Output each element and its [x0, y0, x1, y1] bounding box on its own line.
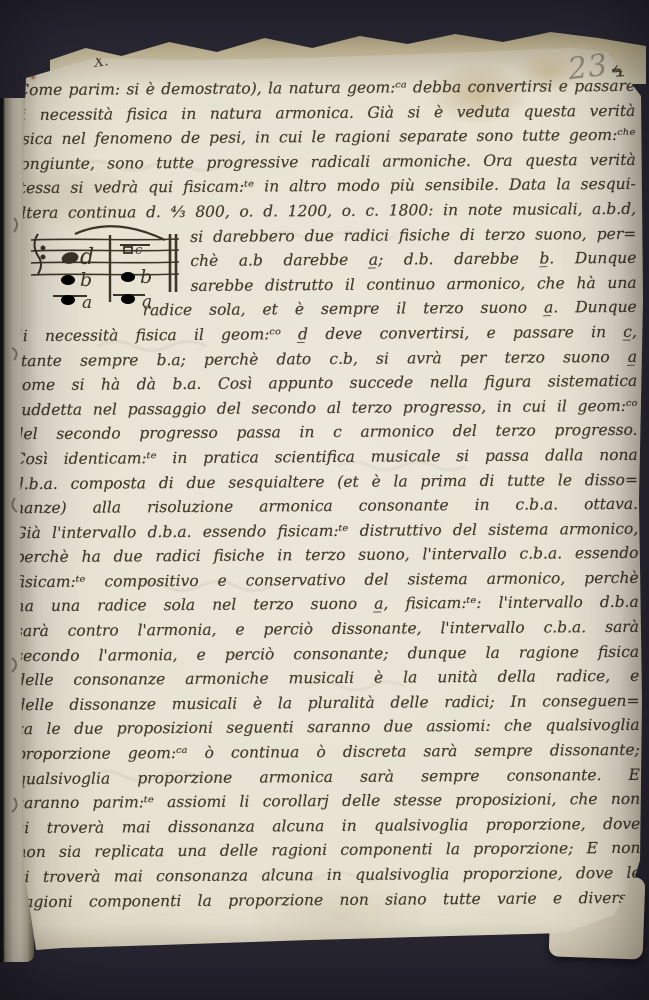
note-a-whole — [121, 294, 135, 304]
manuscript-line: di necessità fisica il geom:ᶜᵒ d̲ deve c… — [13, 320, 637, 349]
manuscript-line: radice sola, et è sempre il terzo suono … — [143, 295, 637, 323]
note-letter: c — [135, 243, 143, 258]
manuscript-line: si troverà mai consonanza alcuna in qual… — [17, 861, 641, 890]
manuscript-line: sarebbe distrutto il continuo armonico, … — [190, 271, 636, 299]
note-a-whole — [61, 295, 75, 305]
chord-2: c b a — [113, 243, 152, 312]
note-letter: a — [142, 292, 152, 312]
manuscript-page: X. 23 44 .. (Come parim: si è demostrato… — [8, 46, 646, 958]
slur — [75, 226, 165, 240]
music-staff — [31, 226, 179, 302]
note-b-whole — [61, 275, 75, 285]
manuscript-line: si darebbero due radici fisiche di terzo… — [190, 221, 636, 249]
note-letter: d — [80, 245, 94, 270]
manuscript-line: chè a.b darebbe a̲; d.b. darebbe b̲. Dun… — [190, 246, 636, 274]
note-letter: a — [82, 293, 92, 313]
note-letter: b — [80, 269, 92, 291]
manuscript-line: Così identicam:ᵗᵉ in pratica scientifica… — [14, 443, 638, 472]
note-letter: b — [140, 266, 152, 288]
manuscript-text-block: (Come parim: si è demostrato), la natura… — [11, 74, 641, 915]
manuscript-line: (Come parim: si è demostrato), la natura… — [11, 74, 635, 103]
chord-1: d b a — [53, 245, 94, 313]
music-example: d b a c b a — [30, 222, 182, 319]
photograph-background: X. 23 44 .. (Come parim: si è demostrato… — [0, 0, 649, 1000]
note-b-whole — [121, 272, 135, 282]
manuscript-line: ragioni componenti la proporzione non si… — [17, 885, 641, 914]
